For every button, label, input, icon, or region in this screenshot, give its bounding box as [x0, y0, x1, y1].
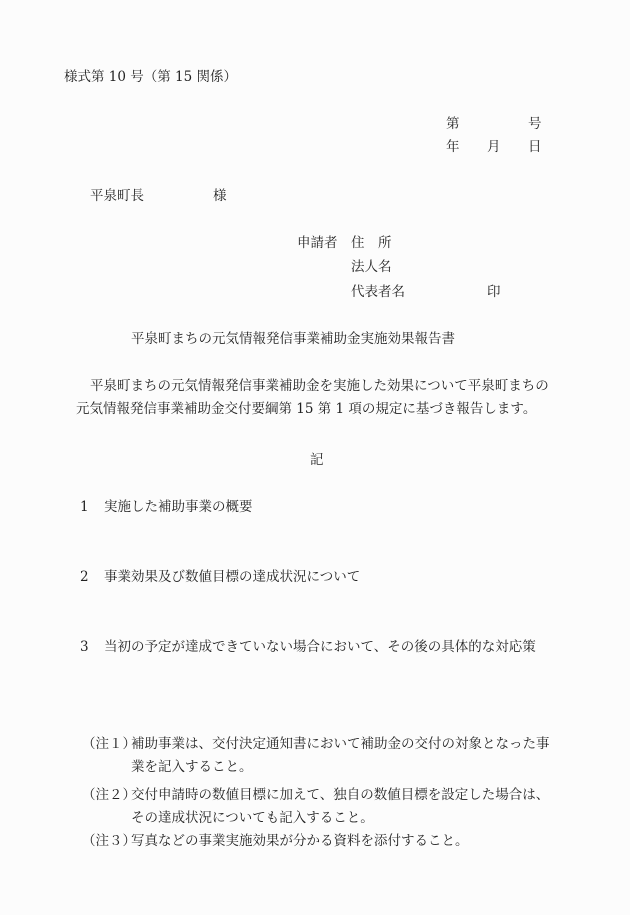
address-label: 住 所 [351, 237, 392, 251]
applicant-label: 申請者 [297, 237, 338, 251]
body-line-2: 元気情報発信事業補助金交付要綱第 15 第 1 項の規定に基づき報告します。 [76, 403, 536, 417]
section-3-number: 3 [80, 641, 89, 655]
seal-mark: 印 [487, 286, 501, 300]
note-1-line-1: 補助事業は、交付決定通知書において補助金の交付の対象となった事 [131, 738, 550, 752]
section-1-number: 1 [80, 501, 89, 515]
document-number-suffix: 号 [528, 118, 542, 132]
document-title: 平泉町まちの元気情報発信事業補助金実施効果報告書 [131, 333, 455, 347]
date-day-label: 日 [528, 141, 542, 155]
representative-name-label: 代表者名 [351, 286, 405, 300]
note-3-label: （注３） [82, 835, 136, 849]
section-2-text: 事業効果及び数値目標の達成状況について [104, 571, 360, 585]
date-year-label: 年 [446, 141, 460, 155]
note-2-line-1: 交付申請時の数値目標に加えて、独自の数値目標を設定した場合は、 [131, 789, 549, 803]
note-2-line-2: その達成状況についても記入すること。 [131, 812, 374, 826]
section-3-text: 当初の予定が達成できていない場合において、その後の具体的な対応策 [104, 641, 536, 655]
ki-heading: 記 [310, 454, 324, 468]
corporation-name-label: 法人名 [351, 261, 392, 275]
document-number-prefix: 第 [446, 118, 460, 132]
section-1-text: 実施した補助事業の概要 [104, 501, 253, 515]
addressee-honorific: 様 [213, 190, 227, 204]
body-line-1: 平泉町まちの元気情報発信事業補助金を実施した効果について平泉町まちの [90, 380, 549, 394]
note-1-label: （注１） [82, 738, 136, 752]
section-2-number: 2 [80, 571, 89, 585]
form-number: 様式第 10 号（第 15 関係） [64, 71, 237, 85]
note-2-label: （注２） [82, 789, 136, 803]
note-1-line-2: 業を記入すること。 [131, 761, 253, 775]
addressee-name: 平泉町長 [90, 190, 144, 204]
note-3-line-1: 写真などの事業実施効果が分かる資料を添付すること。 [131, 835, 469, 849]
date-month-label: 月 [487, 141, 501, 155]
